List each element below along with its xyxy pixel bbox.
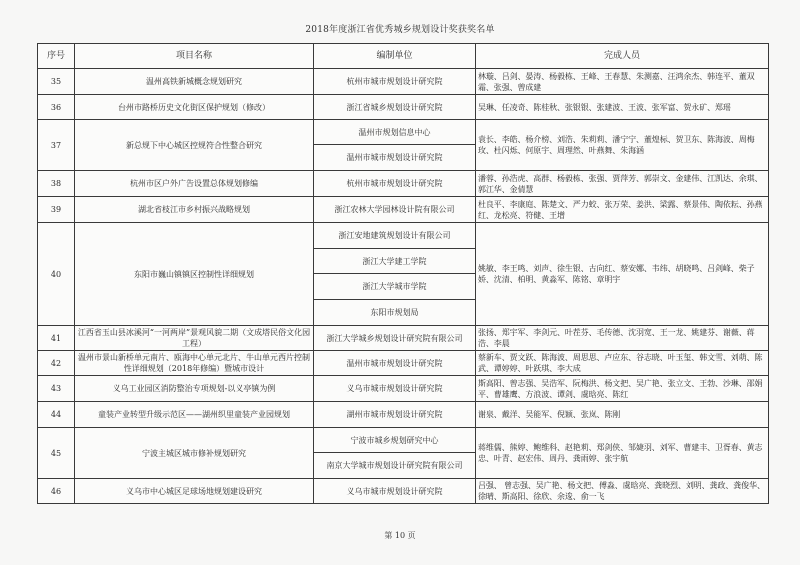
unit-name: 温州市规划信息中心 xyxy=(314,120,476,145)
people-list: 张扬、郑宇军、李剑元、叶茬芬、毛传德、沈羽宽、王一龙、姚建芬、谢薇、蒋浩、李晨 xyxy=(476,326,769,351)
unit-name: 东阳市规划局 xyxy=(314,300,476,326)
table-row: 45 宁波主城区城市修补规划研究 宁波市城乡规划研究中心 蒋维儒、熊婷、鲍维科、… xyxy=(38,428,769,453)
row-number: 40 xyxy=(38,223,75,326)
project-name: 义乌市中心城区足球场地规划建设研究 xyxy=(75,479,314,504)
project-name: 温州高铁新城概念规划研究 xyxy=(75,69,314,95)
unit-name: 义乌市城市规划设计研究院 xyxy=(314,376,476,402)
table-row: 43 义乌工业园区消防整治专项规划-以义亭镇为例 义乌市城市规划设计研究院 斯高… xyxy=(38,376,769,402)
unit-name: 湖州市城市规划设计研究院 xyxy=(314,402,476,428)
table-row: 41 江西省玉山县冰溪河“一河两岸”景观风貌二期（文成塔民俗文化园工程） 浙江大… xyxy=(38,326,769,351)
header-project: 项目名称 xyxy=(75,44,314,69)
people-list: 蒋维儒、熊婷、鲍维科、赵艳莉、郑剑侠、邹婕羽、刘军、曹建丰、卫胥春、黄志忠、叶青… xyxy=(476,428,769,479)
unit-name: 浙江大学城市学院 xyxy=(314,274,476,300)
document-title: 2018年度浙江省优秀城乡规划设计奖获奖名单 xyxy=(0,22,800,35)
unit-name: 浙江大学建工学院 xyxy=(314,249,476,274)
unit-name: 南京大学城市规划设计研究院有限公司 xyxy=(314,453,476,479)
project-name: 温州市景山新桥单元南片、瓯海中心单元北片、牛山单元西片控制性详细规划（2018年… xyxy=(75,351,314,376)
project-name: 江西省玉山县冰溪河“一河两岸”景观风貌二期（文成塔民俗文化园工程） xyxy=(75,326,314,351)
unit-name: 杭州市城市规划设计研究院 xyxy=(314,171,476,197)
unit-name: 浙江省城乡规划设计研究院 xyxy=(314,95,476,120)
project-name: 童装产业转型升级示范区——湖州织里童装产业园规划 xyxy=(75,402,314,428)
unit-name: 浙江安地建筑规划设计有限公司 xyxy=(314,223,476,249)
row-number: 45 xyxy=(38,428,75,479)
people-list: 杜良平、李康庭、陈楚文、严力蛟、张万荣、姜洪、梁露、蔡景伟、陶依耘、孙燕红、龙松… xyxy=(476,197,769,223)
unit-name: 浙江农林大学园林设计院有限公司 xyxy=(314,197,476,223)
unit-name: 温州市城市规划设计研究院 xyxy=(314,145,476,171)
row-number: 46 xyxy=(38,479,75,504)
people-list: 潘蓉、孙浩虎、高群、杨毅栋、张强、贾萍芳、郭崇文、金建伟、江凯达、余琪、郭江华、… xyxy=(476,171,769,197)
people-list: 斯高阳、曾志强、吴浩军、阮梅洪、杨文把、吴广艳、张立文、王勃、沙琳、邵娟平、曹雄… xyxy=(476,376,769,402)
people-list: 吴琳、任凌奇、陈桂秋、张银银、张建波、王波、张军富、贺永矿、郑瑶 xyxy=(476,95,769,120)
people-list: 蔡新车、贾文跃、陈海波、周思思、卢应东、谷志晓、叶玉玺、韩文雪、刘萌、陈武、谭婷… xyxy=(476,351,769,376)
row-number: 41 xyxy=(38,326,75,351)
table-row: 38 杭州市区户外广告设置总体规划修编 杭州市城市规划设计研究院 潘蓉、孙浩虎、… xyxy=(38,171,769,197)
project-name: 杭州市区户外广告设置总体规划修编 xyxy=(75,171,314,197)
table-row: 44 童装产业转型升级示范区——湖州织里童装产业园规划 湖州市城市规划设计研究院… xyxy=(38,402,769,428)
page-number: 第 10 页 xyxy=(0,530,800,541)
project-name: 义乌工业园区消防整治专项规划-以义亭镇为例 xyxy=(75,376,314,402)
table-row: 37 新总规下中心城区控规符合性整合研究 温州市规划信息中心 袁长、李皓、杨介榜… xyxy=(38,120,769,145)
people-list: 谢泉、戴洋、吴能军、倪颖、张岚、陈刚 xyxy=(476,402,769,428)
unit-name: 宁波市城乡规划研究中心 xyxy=(314,428,476,453)
table-row: 39 湖北省枝江市乡村振兴战略规划 浙江农林大学园林设计院有限公司 杜良平、李康… xyxy=(38,197,769,223)
row-number: 35 xyxy=(38,69,75,95)
unit-name: 温州市城市规划设计研究院 xyxy=(314,351,476,376)
row-number: 43 xyxy=(38,376,75,402)
table-row: 35 温州高铁新城概念规划研究 杭州市城市规划设计研究院 林璇、吕剑、晏涛、杨毅… xyxy=(38,69,769,95)
table-row: 40 东阳市巍山镇镇区控制性详细规划 浙江安地建筑规划设计有限公司 姚敏、李王鸣… xyxy=(38,223,769,249)
header-unit: 编制单位 xyxy=(314,44,476,69)
people-list: 袁长、李皓、杨介榜、刘浩、朱莉莉、潘宁宁、董煌标、贺卫东、陈海波、周梅玫、杜闪烁… xyxy=(476,120,769,171)
unit-name: 义乌市城市规划设计研究院 xyxy=(314,479,476,504)
table-row: 42 温州市景山新桥单元南片、瓯海中心单元北片、牛山单元西片控制性详细规划（20… xyxy=(38,351,769,376)
row-number: 42 xyxy=(38,351,75,376)
project-name: 新总规下中心城区控规符合性整合研究 xyxy=(75,120,314,171)
row-number: 38 xyxy=(38,171,75,197)
table-row: 36 台州市路桥历史文化街区保护规划（修改） 浙江省城乡规划设计研究院 吴琳、任… xyxy=(38,95,769,120)
row-number: 36 xyxy=(38,95,75,120)
unit-name: 杭州市城市规划设计研究院 xyxy=(314,69,476,95)
people-list: 林璇、吕剑、晏涛、杨毅栋、王峰、王春慧、朱测嘉、汪鸿余杰、韩连平、董双霜、张强、… xyxy=(476,69,769,95)
row-number: 44 xyxy=(38,402,75,428)
project-name: 台州市路桥历史文化街区保护规划（修改） xyxy=(75,95,314,120)
table-header-row: 序号 项目名称 编制单位 完成人员 xyxy=(38,44,769,69)
header-people: 完成人员 xyxy=(476,44,769,69)
people-list: 姚敏、李王鸣、刘声、徐生银、古向红、蔡安娜、韦纬、胡晓鸣、吕剑峰、柴子娇、沈清、… xyxy=(476,223,769,326)
project-name: 宁波主城区城市修补规划研究 xyxy=(75,428,314,479)
project-name: 东阳市巍山镇镇区控制性详细规划 xyxy=(75,223,314,326)
unit-name: 浙江大学城乡规划设计研究院有限公司 xyxy=(314,326,476,351)
people-list: 吕强、 曾志强、吴广艳、杨文把、傅淼、虞晗亮、龚晓烈、刘明、龚政、龚俊华、徐晴、… xyxy=(476,479,769,504)
row-number: 37 xyxy=(38,120,75,171)
header-no: 序号 xyxy=(38,44,75,69)
award-table: 序号 项目名称 编制单位 完成人员 35 温州高铁新城概念规划研究 杭州市城市规… xyxy=(37,43,769,504)
row-number: 39 xyxy=(38,197,75,223)
project-name: 湖北省枝江市乡村振兴战略规划 xyxy=(75,197,314,223)
table-row: 46 义乌市中心城区足球场地规划建设研究 义乌市城市规划设计研究院 吕强、 曾志… xyxy=(38,479,769,504)
